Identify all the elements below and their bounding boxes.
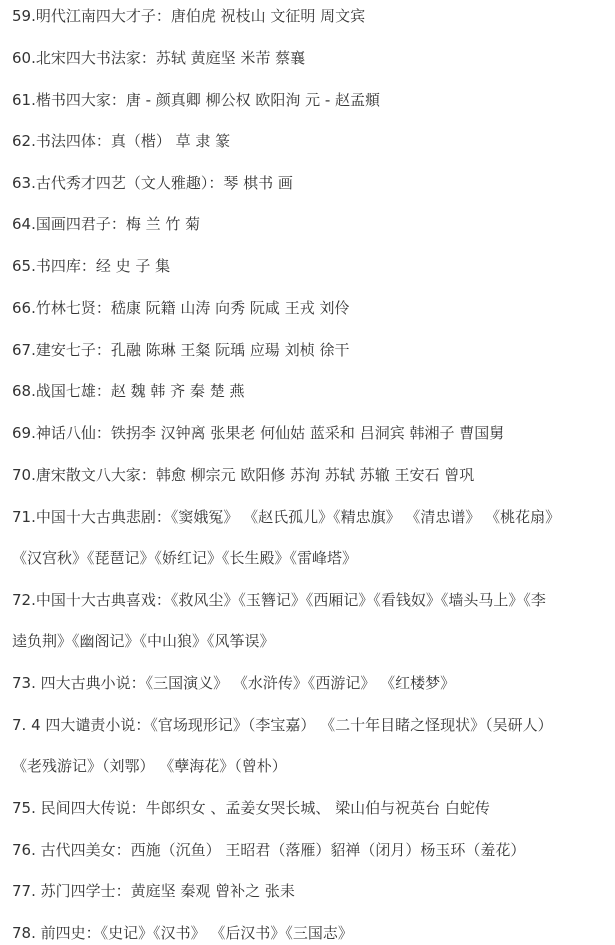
list-item-67: 67.建安七子：孔融 陈琳 王粲 阮瑀 应瑒 刘桢 徐干 — [12, 340, 349, 360]
list-item-74-cont: 《老残游记》（刘鄂） 《孽海花》（曾朴） — [12, 756, 287, 776]
list-item-71-cont: 《汉宫秋》《琵琶记》《娇红记》《长生殿》《雷峰塔》 — [12, 548, 357, 568]
list-item-64: 64.国画四君子：梅 兰 竹 菊 — [12, 214, 200, 234]
list-item-75: 75. 民间四大传说：牛郎织女 、孟姜女哭长城、 梁山伯与祝英台 白蛇传 — [12, 798, 490, 818]
list-item-69: 69.神话八仙：铁拐李 汉钟离 张果老 何仙姑 蓝采和 吕洞宾 韩湘子 曹国舅 — [12, 423, 504, 443]
list-item-61: 61.楷书四大家：唐 - 颜真卿 柳公权 欧阳洵 元 - 赵孟頫 — [12, 90, 380, 110]
list-item-70: 70.唐宋散文八大家：韩愈 柳宗元 欧阳修 苏洵 苏轼 苏辙 王安石 曾巩 — [12, 465, 474, 485]
list-item-77: 77. 苏门四学士：黄庭坚 秦观 曾补之 张耒 — [12, 881, 295, 901]
list-item-60: 60.北宋四大书法家：苏轼 黄庭坚 米芾 蔡襄 — [12, 48, 305, 68]
list-item-62: 62.书法四体：真（楷） 草 隶 篆 — [12, 131, 230, 151]
list-item-76: 76. 古代四美女：西施（沉鱼） 王昭君（落雁）貂禅（闭月）杨玉环（羞花） — [12, 840, 525, 860]
list-item-72-cont: 逵负荆》《幽阁记》《中山狼》《风筝误》 — [12, 631, 275, 651]
list-item-65: 65.书四库：经 史 子 集 — [12, 256, 170, 276]
list-item-78: 78. 前四史：《史记》《汉书》 《后汉书》《三国志》 — [12, 923, 353, 943]
list-item-59: 59.明代江南四大才子：唐伯虎 祝枝山 文征明 周文宾 — [12, 6, 365, 26]
list-item-68: 68.战国七雄：赵 魏 韩 齐 秦 楚 燕 — [12, 381, 244, 401]
list-item-71: 71.中国十大古典悲剧：《窦娥冤》 《赵氏孤儿》《精忠旗》 《清忠谱》 《桃花扇… — [12, 507, 560, 527]
list-item-74: 7. 4 四大谴责小说：《官场现形记》（李宝嘉） 《二十年目睹之怪现状》（吴研人… — [12, 715, 553, 735]
list-item-72: 72.中国十大古典喜戏：《救风尘》《玉簪记》《西厢记》《看钱奴》《墙头马上》《李 — [12, 590, 546, 610]
list-item-73: 73. 四大古典小说：《三国演义》 《水浒传》《西游记》 《红楼梦》 — [12, 673, 455, 693]
list-item-66: 66.竹林七贤：嵇康 阮籍 山涛 向秀 阮咸 王戎 刘伶 — [12, 298, 349, 318]
list-item-63: 63.古代秀才四艺（文人雅趣）：琴 棋书 画 — [12, 173, 293, 193]
